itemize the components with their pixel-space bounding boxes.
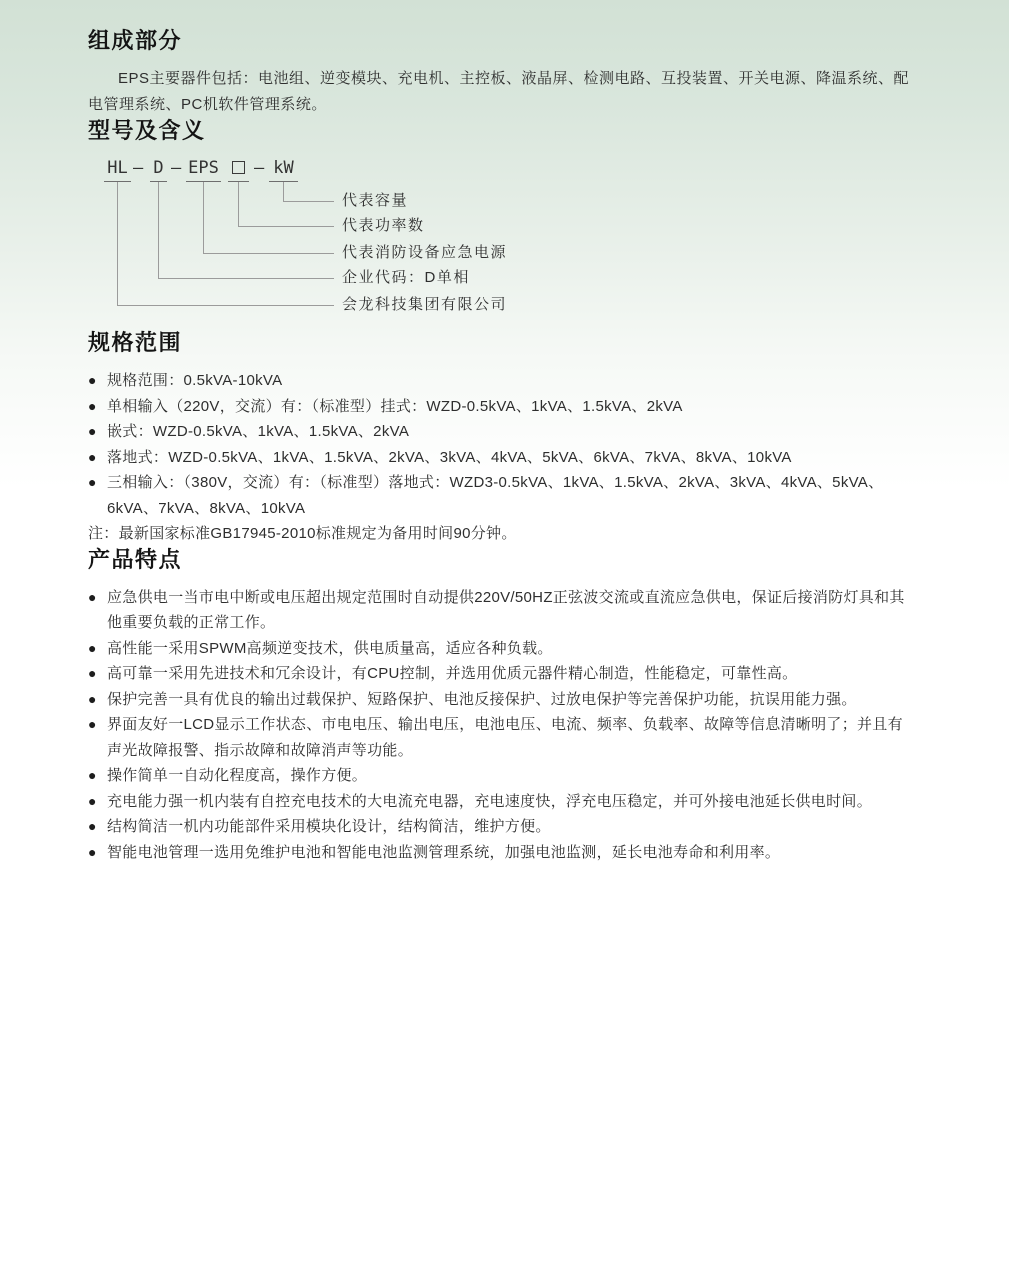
bullet-icon: ● <box>88 840 107 866</box>
bullet-icon: ● <box>88 712 107 763</box>
bullet-icon: ● <box>88 445 107 471</box>
feature-item: ● 高性能一采用SPWM高频逆变技术，供电质量高，适应各种负载。 <box>88 636 913 662</box>
model-label-power-number: 代表功率数 <box>342 217 425 235</box>
connector-line-company <box>117 182 118 306</box>
bullet-icon: ● <box>88 470 107 521</box>
section-title-model: 型号及含义 <box>88 118 913 144</box>
spec-note: 注：最新国家标准GB17945-2010标准规定为备用时间90分钟。 <box>88 521 913 547</box>
connector-line-power <box>238 182 239 227</box>
spec-item: ● 单相输入（220V，交流）有：（标准型）挂式：WZD-0.5kVA、1kVA… <box>88 394 913 420</box>
spec-list: ● 规格范围：0.5kVA-10kVA ● 单相输入（220V，交流）有：（标准… <box>88 368 913 547</box>
section-features: 产品特点 ● 应急供电一当市电中断或电压超出规定范围时自动提供220V/50HZ… <box>88 547 913 866</box>
section-composition: 组成部分 EPS主要器件包括：电池组、逆变模块、充电机、主控板、液晶屏、检测电路… <box>88 28 913 118</box>
bullet-icon: ● <box>88 687 107 713</box>
bullet-icon: ● <box>88 394 107 420</box>
connector-line-unit <box>283 182 284 202</box>
composition-paragraph: EPS主要器件包括：电池组、逆变模块、充电机、主控板、液晶屏、检测电路、互投装置… <box>88 66 913 118</box>
section-title-composition: 组成部分 <box>88 28 913 54</box>
connector-line-enterprise <box>158 278 334 279</box>
connector-line-enterprise <box>158 182 159 279</box>
feature-item-text: 保护完善一具有优良的输出过载保护、短路保护、电池反接保护、过放电保护等完善保护功… <box>107 687 913 713</box>
feature-item: ● 应急供电一当市电中断或电压超出规定范围时自动提供220V/50HZ正弦波交流… <box>88 585 913 636</box>
feature-item: ● 结构简洁一机内功能部件采用模块化设计，结构简洁，维护方便。 <box>88 814 913 840</box>
feature-item: ● 保护完善一具有优良的输出过载保护、短路保护、电池反接保护、过放电保护等完善保… <box>88 687 913 713</box>
page-content: 组成部分 EPS主要器件包括：电池组、逆变模块、充电机、主控板、液晶屏、检测电路… <box>0 0 1009 865</box>
bullet-icon: ● <box>88 636 107 662</box>
model-code-diagram: HL – D – EPS – kW <box>88 158 913 330</box>
spec-item: ● 规格范围：0.5kVA-10kVA <box>88 368 913 394</box>
bullet-icon: ● <box>88 585 107 636</box>
feature-item-text: 应急供电一当市电中断或电压超出规定范围时自动提供220V/50HZ正弦波交流或直… <box>107 585 913 636</box>
bullet-icon: ● <box>88 789 107 815</box>
spec-item: ● 落地式：WZD-0.5kVA、1kVA、1.5kVA、2kVA、3kVA、4… <box>88 445 913 471</box>
feature-item-text: 操作简单一自动化程度高，操作方便。 <box>107 763 913 789</box>
bullet-icon: ● <box>88 368 107 394</box>
spec-item-text: 单相输入（220V，交流）有：（标准型）挂式：WZD-0.5kVA、1kVA、1… <box>107 394 913 420</box>
catalog-page: 组成部分 EPS主要器件包括：电池组、逆变模块、充电机、主控板、液晶屏、检测电路… <box>0 0 1009 1284</box>
bullet-icon: ● <box>88 763 107 789</box>
model-label-company-name: 会龙科技集团有限公司 <box>342 296 507 314</box>
model-label-fire-eps: 代表消防设备应急电源 <box>342 244 507 262</box>
section-title-features: 产品特点 <box>88 547 913 573</box>
bullet-icon: ● <box>88 814 107 840</box>
feature-item: ● 操作简单一自动化程度高，操作方便。 <box>88 763 913 789</box>
model-part-company-code: HL <box>104 158 131 182</box>
spec-item-text: 落地式：WZD-0.5kVA、1kVA、1.5kVA、2kVA、3kVA、4kV… <box>107 445 913 471</box>
feature-item-text: 高可靠一采用先进技术和冗余设计，有CPU控制，并选用优质元器件精心制造，性能稳定… <box>107 661 913 687</box>
feature-item: ● 界面友好一LCD显示工作状态、市电电压、输出电压，电池电压、电流、频率、负载… <box>88 712 913 763</box>
section-spec-range: 规格范围 ● 规格范围：0.5kVA-10kVA ● 单相输入（220V，交流）… <box>88 330 913 547</box>
connector-line-unit <box>283 201 334 202</box>
feature-item-text: 高性能一采用SPWM高频逆变技术，供电质量高，适应各种负载。 <box>107 636 913 662</box>
model-part-enterprise-code: D <box>150 158 167 182</box>
model-label-capacity: 代表容量 <box>342 192 408 210</box>
feature-item-text: 智能电池管理一选用免维护电池和智能电池监测管理系统，加强电池监测，延长电池寿命和… <box>107 840 913 866</box>
feature-item: ● 充电能力强一机内装有自控充电技术的大电流充电器，充电速度快，浮充电压稳定，并… <box>88 789 913 815</box>
spec-item-text: 嵌式：WZD-0.5kVA、1kVA、1.5kVA、2kVA <box>107 419 913 445</box>
spec-item: ● 三相输入：（380V，交流）有：（标准型）落地式：WZD3-0.5kVA、1… <box>88 470 913 521</box>
connector-line-company <box>117 305 334 306</box>
model-separator: – <box>171 158 181 178</box>
section-title-spec: 规格范围 <box>88 330 913 356</box>
bullet-icon: ● <box>88 419 107 445</box>
features-list: ● 应急供电一当市电中断或电压超出规定范围时自动提供220V/50HZ正弦波交流… <box>88 585 913 866</box>
connector-line-product <box>203 182 204 254</box>
section-model-meaning: 型号及含义 HL – D – EPS – kW <box>88 118 913 330</box>
feature-item: ● 智能电池管理一选用免维护电池和智能电池监测管理系统，加强电池监测，延长电池寿… <box>88 840 913 866</box>
feature-item-text: 结构简洁一机内功能部件采用模块化设计，结构简洁，维护方便。 <box>107 814 913 840</box>
spec-item-text: 规格范围：0.5kVA-10kVA <box>107 368 913 394</box>
connector-line-product <box>203 253 334 254</box>
connector-line-power <box>238 226 334 227</box>
model-part-product-code: EPS <box>186 158 221 182</box>
placeholder-box-icon <box>232 161 245 174</box>
feature-item-text: 界面友好一LCD显示工作状态、市电电压、输出电压，电池电压、电流、频率、负载率、… <box>107 712 913 763</box>
model-label-enterprise-code: 企业代码：D单相 <box>342 269 470 287</box>
feature-item: ● 高可靠一采用先进技术和冗余设计，有CPU控制，并选用优质元器件精心制造，性能… <box>88 661 913 687</box>
bullet-icon: ● <box>88 661 107 687</box>
feature-item-text: 充电能力强一机内装有自控充电技术的大电流充电器，充电速度快，浮充电压稳定，并可外… <box>107 789 913 815</box>
spec-item: ● 嵌式：WZD-0.5kVA、1kVA、1.5kVA、2kVA <box>88 419 913 445</box>
spec-item-text: 三相输入：（380V，交流）有：（标准型）落地式：WZD3-0.5kVA、1kV… <box>107 470 913 521</box>
model-separator: – <box>133 158 143 178</box>
model-separator: – <box>254 158 264 178</box>
model-part-power-placeholder <box>228 158 249 182</box>
model-part-unit: kW <box>269 158 298 182</box>
